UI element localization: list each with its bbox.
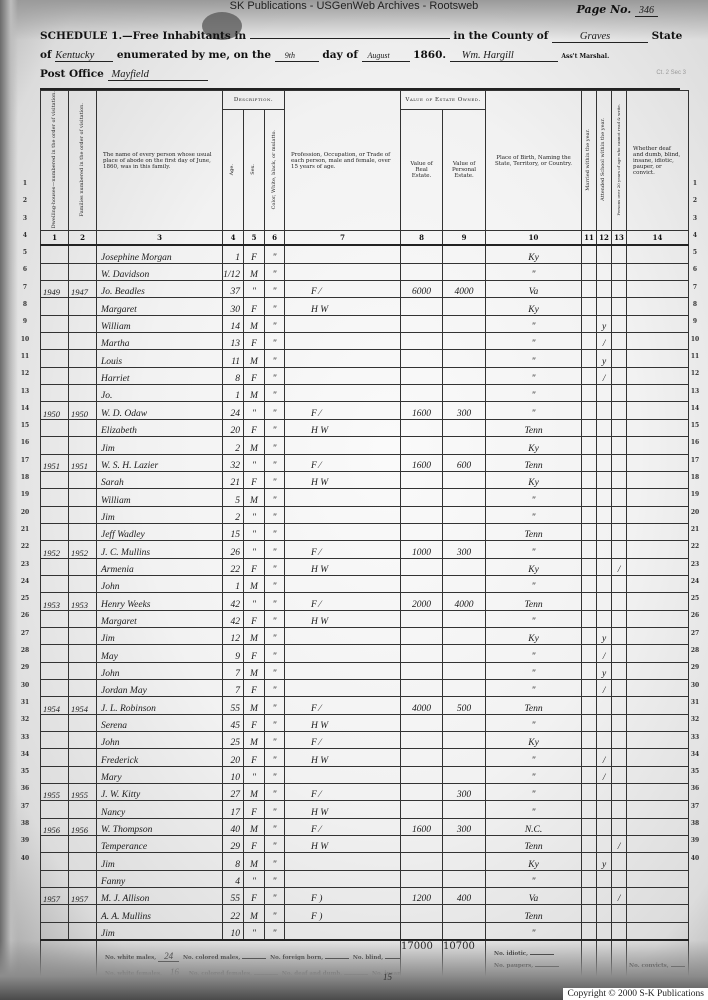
dwelling-number [41, 575, 69, 592]
copyright-notice: Copyright © 2000 S-K Publications [563, 988, 708, 1000]
column-number-row: 1 2 3 4 5 6 7 8 9 10 11 12 13 14 [41, 231, 689, 246]
age: 11 [223, 350, 244, 367]
age: 13 [223, 333, 244, 350]
sex: F [244, 333, 265, 350]
dwelling-number [41, 298, 69, 315]
sex: M [244, 784, 265, 801]
dwelling-number [41, 905, 69, 922]
birthplace: Tenn [486, 593, 582, 610]
age: 55 [223, 697, 244, 714]
person-name: Louis [97, 350, 223, 367]
illiterate-mark [612, 419, 627, 436]
real-estate-value: 4000 [401, 697, 443, 714]
birthplace: " [486, 645, 582, 662]
person-name: J. C. Mullins [97, 541, 223, 558]
age: 7 [223, 679, 244, 696]
color: " [265, 627, 285, 644]
sex: F [244, 888, 265, 905]
sex: " [244, 766, 265, 783]
occupation [285, 367, 401, 384]
line-number: 28 [14, 642, 36, 659]
dwelling-number: 1950 [41, 402, 69, 419]
sex: M [244, 853, 265, 870]
color: " [265, 558, 285, 575]
birthplace: Tenn [486, 905, 582, 922]
month-field: August [362, 49, 410, 62]
family-number [69, 489, 97, 506]
line-number: 38 [14, 815, 36, 832]
table-row: Jim8M"Kyy [41, 853, 689, 870]
married-mark [582, 263, 597, 280]
illiterate-mark [612, 281, 627, 298]
married-mark [582, 558, 597, 575]
infirmity [627, 627, 689, 644]
line-numbers-right: 1234567891011121314151617181920212223242… [684, 175, 706, 867]
birthplace: Ky [486, 853, 582, 870]
real-estate-value [401, 836, 443, 853]
occupation [285, 489, 401, 506]
personal-estate-value [443, 575, 486, 592]
header-occupation: Profession, Occupation, or Trade of each… [285, 91, 401, 231]
line-number: 10 [684, 331, 706, 348]
personal-estate-value: 4000 [443, 593, 486, 610]
occupation: H W [285, 471, 401, 488]
table-row: Josephine Morgan1F"Ky [41, 245, 689, 263]
married-mark [582, 471, 597, 488]
person-name: Jim [97, 506, 223, 523]
line-number: 33 [14, 729, 36, 746]
line-number: 25 [684, 590, 706, 607]
sex: F [244, 801, 265, 818]
table-row: Jordan May7F""/ [41, 679, 689, 696]
line-number: 22 [684, 538, 706, 555]
age: 37 [223, 281, 244, 298]
sex: M [244, 350, 265, 367]
birthplace: " [486, 749, 582, 766]
personal-estate-value: 300 [443, 541, 486, 558]
dwelling-number: 1957 [41, 888, 69, 905]
family-number [69, 749, 97, 766]
real-estate-value [401, 645, 443, 662]
col-num: 13 [612, 231, 627, 246]
line-number: 9 [684, 313, 706, 330]
line-number: 36 [684, 780, 706, 797]
infirmity [627, 853, 689, 870]
census-table: Dwelling-houses—numbered in the order of… [40, 90, 689, 998]
table-row: Temperance29F"H WTenn/ [41, 836, 689, 853]
table-row: John1M"" [41, 575, 689, 592]
birthplace: " [486, 367, 582, 384]
family-number [69, 627, 97, 644]
line-number: 20 [684, 504, 706, 521]
married-mark [582, 905, 597, 922]
family-number [69, 714, 97, 731]
dwelling-number [41, 766, 69, 783]
age: 22 [223, 558, 244, 575]
person-name: Jordan May [97, 679, 223, 696]
table-row: 19511951W. S. H. Lazier32""F ⁄1600600Ten… [41, 454, 689, 471]
dwelling-number [41, 836, 69, 853]
age: 1/12 [223, 263, 244, 280]
line-number: 32 [684, 711, 706, 728]
col-num: 8 [401, 231, 443, 246]
infirmity [627, 870, 689, 887]
dwelling-number [41, 662, 69, 679]
birthplace: " [486, 263, 582, 280]
line-number: 15 [14, 417, 36, 434]
table-row: Elizabeth20F"H WTenn [41, 419, 689, 436]
sex: " [244, 281, 265, 298]
person-name: Jim [97, 853, 223, 870]
col-num: 1 [41, 231, 69, 246]
header-sex: Sex. [244, 110, 265, 231]
line-number: 26 [14, 607, 36, 624]
occupation [285, 263, 401, 280]
school-mark [597, 558, 612, 575]
real-estate-value: 6000 [401, 281, 443, 298]
birthplace: " [486, 575, 582, 592]
school-mark [597, 732, 612, 749]
header-personal-estate: Value of Personal Estate. [443, 110, 486, 231]
age: 5 [223, 489, 244, 506]
dwelling-number [41, 471, 69, 488]
sex: F [244, 419, 265, 436]
birthplace: Ky [486, 245, 582, 263]
census-rows: Josephine Morgan1F"KyW. Davidson1/12M""1… [41, 245, 689, 940]
sex: F [244, 679, 265, 696]
infirmity [627, 749, 689, 766]
school-mark [597, 610, 612, 627]
dwelling-number: 1954 [41, 697, 69, 714]
color: " [265, 593, 285, 610]
birthplace: " [486, 541, 582, 558]
personal-estate-value [443, 766, 486, 783]
census-page: SK Publications - USGenWeb Archives - Ro… [0, 0, 708, 1000]
infirmity [627, 905, 689, 922]
married-mark [582, 801, 597, 818]
married-mark [582, 749, 597, 766]
occupation: F ⁄ [285, 732, 401, 749]
person-name: Josephine Morgan [97, 245, 223, 263]
occupation [285, 333, 401, 350]
line-number: 21 [684, 521, 706, 538]
sex: M [244, 697, 265, 714]
line-number: 5 [684, 244, 706, 261]
age: 27 [223, 784, 244, 801]
line-number: 35 [684, 763, 706, 780]
personal-estate-value [443, 905, 486, 922]
dwelling-number [41, 679, 69, 696]
dwelling-number [41, 853, 69, 870]
table-row: William5M"" [41, 489, 689, 506]
age: 12 [223, 627, 244, 644]
line-number: 3 [684, 210, 706, 227]
married-mark [582, 541, 597, 558]
infirmity [627, 281, 689, 298]
illiterate-mark [612, 454, 627, 471]
infirmity [627, 523, 689, 540]
infirmity [627, 732, 689, 749]
person-name: Jim [97, 922, 223, 940]
color: " [265, 818, 285, 835]
color: " [265, 749, 285, 766]
family-number [69, 506, 97, 523]
married-mark [582, 627, 597, 644]
line-number: 29 [14, 659, 36, 676]
line-number: 25 [14, 590, 36, 607]
dwelling-number [41, 714, 69, 731]
occupation: F ⁄ [285, 784, 401, 801]
header-name: The name of every person whose usual pla… [97, 91, 223, 231]
personal-estate-value [443, 419, 486, 436]
line-number: 11 [14, 348, 36, 365]
color: " [265, 784, 285, 801]
line-number: 11 [684, 348, 706, 365]
married-mark [582, 662, 597, 679]
person-name: Elizabeth [97, 419, 223, 436]
occupation [285, 245, 401, 263]
color: " [265, 367, 285, 384]
school-mark [597, 541, 612, 558]
line-number: 37 [14, 798, 36, 815]
person-name: M. J. Allison [97, 888, 223, 905]
illiterate-mark [612, 506, 627, 523]
column-headers-top: Dwelling-houses—numbered in the order of… [41, 91, 689, 110]
occupation: H W [285, 836, 401, 853]
line-number: 1 [684, 175, 706, 192]
family-number [69, 870, 97, 887]
age: 9 [223, 645, 244, 662]
table-row: 19531953Henry Weeks42""F ⁄20004000Tenn [41, 593, 689, 610]
married-mark [582, 506, 597, 523]
personal-estate-value [443, 645, 486, 662]
school-mark [597, 281, 612, 298]
line-numbers-left: 1234567891011121314151617181920212223242… [14, 175, 36, 867]
personal-estate-value [443, 333, 486, 350]
line-number: 12 [684, 365, 706, 382]
table-row: Serena45F"H W" [41, 714, 689, 731]
line-number: 37 [684, 798, 706, 815]
infirmity [627, 367, 689, 384]
person-name: Margaret [97, 298, 223, 315]
married-mark [582, 315, 597, 332]
person-name: J. W. Kitty [97, 784, 223, 801]
birthplace: " [486, 784, 582, 801]
family-number [69, 419, 97, 436]
personal-estate-value [443, 385, 486, 402]
birthplace: " [486, 610, 582, 627]
table-row: 19551955J. W. Kitty27M"F ⁄300" [41, 784, 689, 801]
real-estate-value [401, 506, 443, 523]
person-name: Fanny [97, 870, 223, 887]
color: " [265, 905, 285, 922]
page-number: Page No. 346 [577, 3, 659, 16]
table-row: William14M""y [41, 315, 689, 332]
table-row: 19501950W. D. Odaw24""F ⁄1600300" [41, 402, 689, 419]
birthplace: Tenn [486, 836, 582, 853]
school-mark: / [597, 679, 612, 696]
family-number: 1957 [69, 888, 97, 905]
dwelling-number: 1956 [41, 818, 69, 835]
line-number: 1 [14, 175, 36, 192]
family-number [69, 732, 97, 749]
line-number: 15 [684, 417, 706, 434]
person-name: May [97, 645, 223, 662]
birthplace: Ky [486, 627, 582, 644]
family-number [69, 662, 97, 679]
married-mark [582, 385, 597, 402]
sex: M [244, 732, 265, 749]
dwelling-number [41, 419, 69, 436]
color: " [265, 437, 285, 454]
year-label: 1860. [413, 49, 446, 61]
married-mark [582, 489, 597, 506]
sex: M [244, 263, 265, 280]
occupation: H W [285, 801, 401, 818]
line-number: 9 [14, 313, 36, 330]
line-number: 24 [684, 573, 706, 590]
table-row: Armenia22F"H WKy/ [41, 558, 689, 575]
illiterate-mark: / [612, 836, 627, 853]
birthplace: " [486, 506, 582, 523]
color: " [265, 385, 285, 402]
illiterate-mark [612, 263, 627, 280]
infirmity [627, 489, 689, 506]
real-estate-value: 1600 [401, 402, 443, 419]
occupation: H W [285, 298, 401, 315]
sex: F [244, 245, 265, 263]
illiterate-mark [612, 489, 627, 506]
personal-estate-value [443, 506, 486, 523]
real-estate-value [401, 679, 443, 696]
table-row: John25M"F ⁄Ky [41, 732, 689, 749]
birthplace: " [486, 402, 582, 419]
family-number: 1956 [69, 818, 97, 835]
dwelling-number: 1951 [41, 454, 69, 471]
color: " [265, 350, 285, 367]
occupation: F ) [285, 888, 401, 905]
family-number [69, 801, 97, 818]
family-number: 1951 [69, 454, 97, 471]
color: " [265, 836, 285, 853]
age: 7 [223, 662, 244, 679]
header-married: Married within the year. [582, 91, 597, 231]
post-office-field: Mayfield [108, 68, 208, 81]
birthplace: Ky [486, 471, 582, 488]
illiterate-mark [612, 333, 627, 350]
post-office-label: Post Office [40, 68, 104, 80]
birthplace: " [486, 350, 582, 367]
family-number [69, 471, 97, 488]
line-number: 40 [14, 850, 36, 867]
person-name: Armenia [97, 558, 223, 575]
table-row: Jo.1M"" [41, 385, 689, 402]
illiterate-mark [612, 818, 627, 835]
birthplace: " [486, 766, 582, 783]
table-row: Fanny4""" [41, 870, 689, 887]
person-name: Margaret [97, 610, 223, 627]
line-number: 8 [684, 296, 706, 313]
sex: " [244, 593, 265, 610]
married-mark [582, 697, 597, 714]
real-estate-value [401, 419, 443, 436]
age: 8 [223, 853, 244, 870]
real-estate-value: 1000 [401, 541, 443, 558]
married-mark [582, 922, 597, 940]
dwelling-number: 1949 [41, 281, 69, 298]
person-name: Jo. Beadles [97, 281, 223, 298]
illiterate-mark [612, 784, 627, 801]
personal-estate-value [443, 263, 486, 280]
sex: F [244, 558, 265, 575]
infirmity [627, 385, 689, 402]
real-estate-value [401, 333, 443, 350]
line-number: 4 [14, 227, 36, 244]
col-num: 12 [597, 231, 612, 246]
married-mark [582, 575, 597, 592]
infirmity [627, 679, 689, 696]
table-row: Frederick20F"H W"/ [41, 749, 689, 766]
real-estate-value [401, 385, 443, 402]
personal-estate-value [443, 922, 486, 940]
archive-stamp: Ct. 2 Sec 3 [656, 70, 686, 76]
person-name: Harriet [97, 367, 223, 384]
page-number-value: 346 [635, 5, 658, 17]
family-number [69, 853, 97, 870]
family-number [69, 437, 97, 454]
personal-estate-value: 300 [443, 818, 486, 835]
dwelling-number: 1952 [41, 541, 69, 558]
dwelling-number [41, 801, 69, 818]
person-name: Jo. [97, 385, 223, 402]
marshal-field: Wm. Hargill [450, 49, 558, 62]
person-name: Temperance [97, 836, 223, 853]
dwelling-number [41, 732, 69, 749]
color: " [265, 245, 285, 263]
age: 55 [223, 888, 244, 905]
dwelling-number [41, 263, 69, 280]
person-name: Mary [97, 766, 223, 783]
school-mark [597, 784, 612, 801]
line-number: 5 [14, 244, 36, 261]
col-num: 7 [285, 231, 401, 246]
personal-estate-value: 300 [443, 402, 486, 419]
illiterate-mark [612, 437, 627, 454]
school-mark [597, 801, 612, 818]
school-mark [597, 575, 612, 592]
personal-estate-value [443, 315, 486, 332]
person-name: John [97, 732, 223, 749]
table-row: 19491947Jo. Beadles37""F ⁄60004000Va [41, 281, 689, 298]
illiterate-mark [612, 402, 627, 419]
sex: M [244, 437, 265, 454]
line-number: 10 [14, 331, 36, 348]
person-name: Jeff Wadley [97, 523, 223, 540]
birthplace: " [486, 870, 582, 887]
married-mark [582, 888, 597, 905]
married-mark [582, 818, 597, 835]
age: 10 [223, 922, 244, 940]
dwelling-number [41, 315, 69, 332]
personal-estate-value: 500 [443, 697, 486, 714]
table-row: 19541954J. L. Robinson55M"F ⁄4000500Tenn [41, 697, 689, 714]
occupation: F ⁄ [285, 818, 401, 835]
real-estate-value [401, 350, 443, 367]
infirmity [627, 662, 689, 679]
color: " [265, 575, 285, 592]
line-number: 13 [684, 383, 706, 400]
color: " [265, 541, 285, 558]
